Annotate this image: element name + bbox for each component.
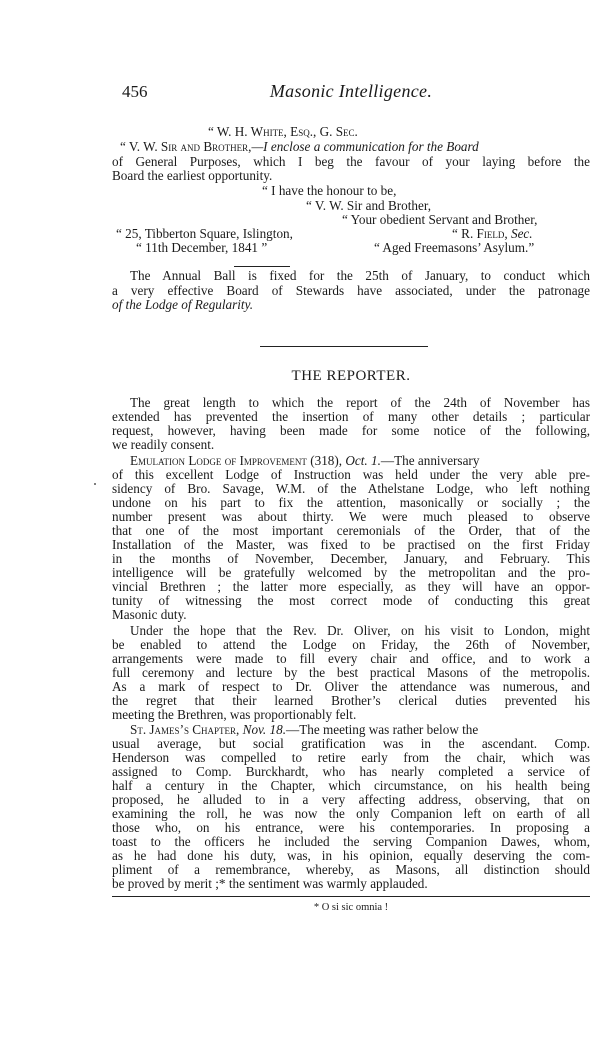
emulation-line: sidency of Bro. Savage, W.M. of the Athe…	[112, 481, 590, 496]
emulation-line: Masonic duty.	[112, 607, 590, 622]
st-james-line: proposed, he alluded to in a very affect…	[112, 792, 590, 807]
st-james-line: as he had done his duty, was, in his opi…	[112, 848, 590, 863]
letter-closing: “ V. W. Sir and Brother,	[306, 198, 431, 213]
emulation-line: tunity of witnessing the most correct mo…	[112, 593, 590, 608]
st-james-line: those who, on his entrance, were his con…	[112, 820, 590, 835]
emulation-line: undone on his part to fix the attention,…	[112, 495, 590, 510]
st-james-chapter-name: St. James’s Chapter,	[130, 722, 239, 737]
oliver-line: the regret that their learned Brother’s …	[112, 693, 590, 708]
ball-paragraph-line: The Annual Ball is fixed for the 25th of…	[112, 268, 590, 283]
signature-title: Sec.	[511, 226, 533, 241]
short-divider	[234, 266, 290, 267]
oliver-line: be enabled to attend the Lodge on Friday…	[112, 637, 590, 652]
st-james-line: Henderson was compelled to retire early …	[112, 750, 590, 765]
emulation-heading: Emulation Lodge of Improvement (318), Oc…	[112, 453, 590, 468]
letter-date: “ 11th December, 1841 ”	[136, 240, 267, 255]
letter-first-line: “ V. W. Sir and Brother,—I enclose a com…	[120, 139, 590, 154]
intro-line: extended has prevented the insertion of …	[112, 409, 590, 424]
emulation-date: Oct. 1.	[345, 453, 381, 468]
page-header: 456 Masonic Intelligence.	[112, 82, 590, 104]
oliver-line: meeting the Brethren, was proportionably…	[112, 707, 590, 722]
print-speck	[94, 483, 96, 485]
letter-line: Board the earliest opportunity.	[112, 168, 590, 183]
oliver-line: Under the hope that the Rev. Dr. Oliver,…	[112, 623, 590, 638]
st-james-line: assigned to Comp. Burckhardt, who has ne…	[112, 764, 590, 779]
letter-first-line-text: —I enclose a communication for the Board	[251, 139, 478, 154]
letter-closing: “ I have the honour to be,	[262, 183, 396, 198]
emulation-lodge-number: (318),	[307, 453, 345, 468]
footnote-rule	[112, 896, 590, 897]
st-james-line: examining the roll, he was now the only …	[112, 806, 590, 821]
letter-line: of General Purposes, which I beg the fav…	[112, 154, 590, 169]
emulation-line: vincial Brethren ; the latter more espec…	[112, 579, 590, 594]
intro-line: The great length to which the report of …	[112, 395, 590, 410]
letter-address: “ 25, Tibberton Square, Islington,	[116, 226, 293, 241]
oliver-line: arrangements were made to fill every cha…	[112, 651, 590, 666]
letter-organization: “ Aged Freemasons’ Asylum.”	[374, 240, 534, 255]
oliver-line: full ceremony and lecture by the best pr…	[112, 665, 590, 680]
emulation-line: Installation of the Master, was fixed to…	[112, 537, 590, 552]
oliver-line: As a mark of respect to Dr. Oliver the a…	[112, 679, 590, 694]
emulation-line: that one of the most important ceremonia…	[112, 523, 590, 538]
emulation-lodge-name: Emulation Lodge of Improvement	[130, 453, 307, 468]
st-james-first-line: —The meeting was rather below the	[286, 722, 478, 737]
emulation-line: number present was about thirty. We were…	[112, 509, 590, 524]
section-divider	[260, 346, 428, 347]
emulation-first-line: —The anniversary	[381, 453, 480, 468]
st-james-line: be proved by merit ;* the sentiment was …	[112, 876, 590, 891]
st-james-line: toast to the officers he included the se…	[112, 834, 590, 849]
st-james-line: pliment of a remembrance, whereby, as Ma…	[112, 862, 590, 877]
st-james-date: Nov. 18.	[239, 722, 286, 737]
letter-addressee: “ W. H. White, Esq., G. Sec.	[208, 124, 358, 139]
st-james-line: half a century in the Chapter, which cir…	[112, 778, 590, 793]
emulation-line: intelligence will be gratefully welcomed…	[112, 565, 590, 580]
emulation-line: in the months of November, December, Jan…	[112, 551, 590, 566]
intro-line: request, however, having been made for s…	[112, 423, 590, 438]
ball-paragraph-line: of the Lodge of Regularity.	[112, 297, 590, 312]
intro-line: we readily consent.	[112, 437, 590, 452]
running-title: Masonic Intelligence.	[112, 81, 590, 102]
emulation-line: of this excellent Lodge of Instruction w…	[112, 467, 590, 482]
letter-salutation: “ V. W. Sir and Brother,	[120, 139, 251, 154]
footnote: * O si sic omnia !	[112, 902, 590, 913]
st-james-heading: St. James’s Chapter, Nov. 18.—The meetin…	[112, 722, 590, 737]
section-title: THE REPORTER.	[112, 368, 590, 385]
ball-paragraph-line: a very effective Board of Stewards have …	[112, 283, 590, 298]
letter-closing: “ Your obedient Servant and Brother,	[342, 212, 537, 227]
st-james-line: usual average, but social gratification …	[112, 736, 590, 751]
signature-name: “ R. Field,	[452, 226, 508, 241]
letter-signature: “ R. Field, Sec.	[452, 226, 533, 241]
